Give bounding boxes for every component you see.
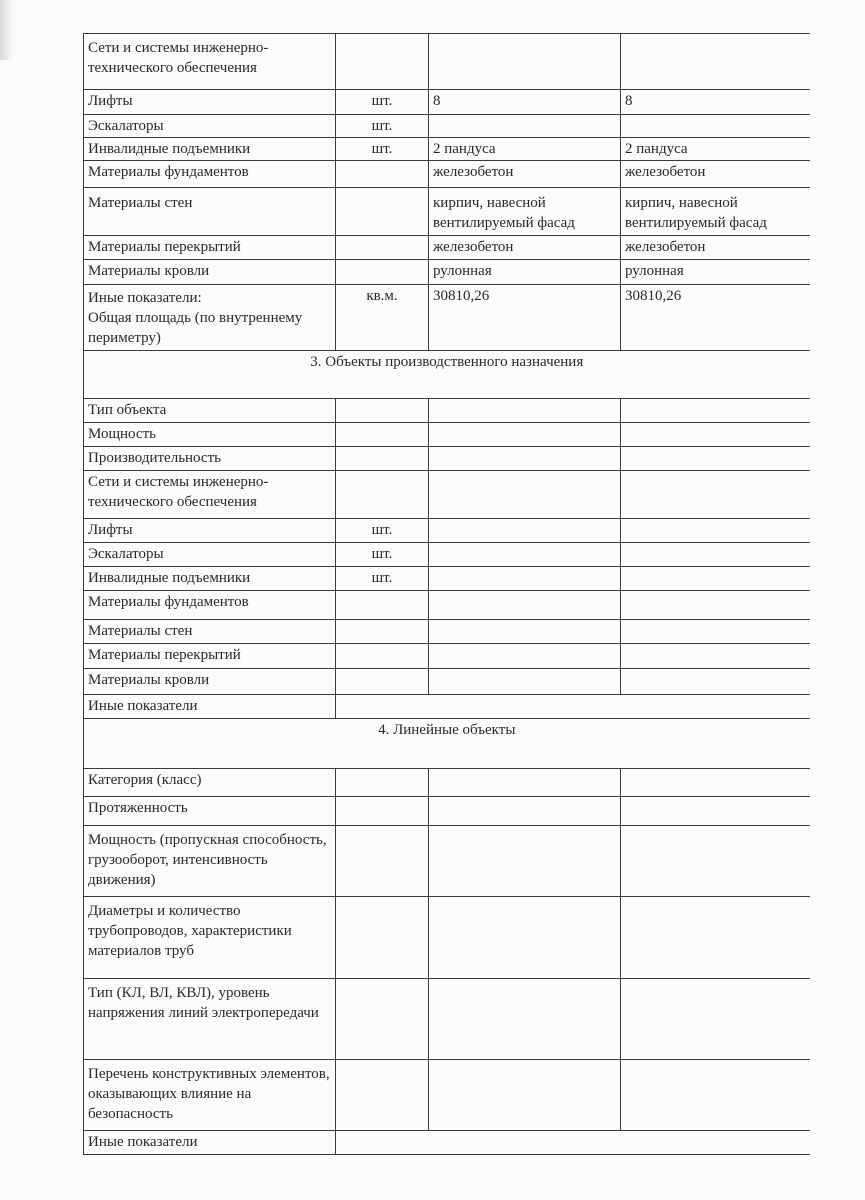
- row-unit: [336, 34, 429, 90]
- row-name: Мощность (пропускная способность, грузоо…: [84, 826, 336, 897]
- row-unit: [336, 769, 429, 797]
- characteristics-table: Сети и системы инженерно-технического об…: [83, 33, 810, 1155]
- row-name: Материалы кровли: [84, 669, 336, 695]
- row-fact: [621, 644, 810, 669]
- row-project: [429, 826, 621, 897]
- row-fact: [621, 620, 810, 644]
- row-project: [429, 1060, 621, 1131]
- table-row: Материалы перекрытий: [84, 644, 810, 669]
- row-fact: железобетон: [621, 161, 810, 188]
- table-row: Производительность: [84, 447, 810, 471]
- row-unit: [336, 471, 429, 519]
- row-name: Материалы перекрытий: [84, 236, 336, 260]
- row-unit: [336, 447, 429, 471]
- row-fact: [621, 567, 810, 591]
- row-unit: [336, 423, 429, 447]
- section-3-title: 3. Объекты производственного назначения: [84, 351, 810, 399]
- row-name: Сети и системы инженерно-технического об…: [84, 471, 336, 519]
- row-project: [429, 115, 621, 138]
- table-row: Лифты шт. 8 8: [84, 90, 810, 115]
- row-unit: [336, 1060, 429, 1131]
- section-header-row: 4. Линейные объекты: [84, 719, 810, 769]
- row-name: Материалы стен: [84, 620, 336, 644]
- row-project: [429, 34, 621, 90]
- table-row: Сети и системы инженерно-технического об…: [84, 471, 810, 519]
- row-fact: [621, 826, 810, 897]
- row-unit: шт.: [336, 543, 429, 567]
- row-unit: шт.: [336, 567, 429, 591]
- table-row: Иные показатели: [84, 1131, 810, 1155]
- table-row: Диаметры и количество трубопроводов, хар…: [84, 897, 810, 979]
- row-unit: [336, 188, 429, 236]
- table-row: Материалы кровли рулонная рулонная: [84, 260, 810, 285]
- table-row: Материалы стен: [84, 620, 810, 644]
- row-value: [336, 1131, 810, 1155]
- row-project: 2 пандуса: [429, 138, 621, 161]
- row-unit: [336, 399, 429, 423]
- table-row: Мощность: [84, 423, 810, 447]
- table-row: Лифты шт.: [84, 519, 810, 543]
- row-project: [429, 620, 621, 644]
- row-name: Эскалаторы: [84, 543, 336, 567]
- row-project: кирпич, навесной вентилируемый фасад: [429, 188, 621, 236]
- row-unit: шт.: [336, 115, 429, 138]
- scan-edge-shadow: [0, 0, 14, 60]
- row-project: [429, 423, 621, 447]
- row-project: [429, 979, 621, 1060]
- row-project: [429, 644, 621, 669]
- row-fact: [621, 979, 810, 1060]
- row-project: железобетон: [429, 161, 621, 188]
- row-project: [429, 399, 621, 423]
- row-unit: [336, 644, 429, 669]
- row-name: Категория (класс): [84, 769, 336, 797]
- row-name: Инвалидные подъемники: [84, 567, 336, 591]
- section-header-row: 3. Объекты производственного назначения: [84, 351, 810, 399]
- row-fact: [621, 591, 810, 620]
- row-unit: [336, 897, 429, 979]
- row-unit: шт.: [336, 519, 429, 543]
- row-fact: [621, 471, 810, 519]
- row-fact: [621, 543, 810, 567]
- table-row: Категория (класс): [84, 769, 810, 797]
- row-project: [429, 797, 621, 826]
- table-row: Инвалидные подъемники шт.: [84, 567, 810, 591]
- table-row: Перечень конструктивных элементов, оказы…: [84, 1060, 810, 1131]
- row-unit: [336, 979, 429, 1060]
- table-row: Протяженность: [84, 797, 810, 826]
- row-fact: [621, 1060, 810, 1131]
- row-fact: [621, 447, 810, 471]
- table-row: Мощность (пропускная способность, грузоо…: [84, 826, 810, 897]
- row-fact: [621, 399, 810, 423]
- row-name: Иные показатели: [84, 695, 336, 719]
- row-project: [429, 591, 621, 620]
- table-row: Материалы перекрытий железобетон железоб…: [84, 236, 810, 260]
- row-project: [429, 447, 621, 471]
- row-unit: кв.м.: [336, 285, 429, 351]
- row-name: Лифты: [84, 90, 336, 115]
- row-fact: [621, 769, 810, 797]
- row-name: Тип (КЛ, ВЛ, КВЛ), уровень напряжения ли…: [84, 979, 336, 1060]
- table-row: Материалы кровли: [84, 669, 810, 695]
- row-unit: [336, 826, 429, 897]
- row-project: [429, 669, 621, 695]
- row-name: Материалы кровли: [84, 260, 336, 285]
- section-4-title: 4. Линейные объекты: [84, 719, 810, 769]
- other-indicators-label: Иные показатели:: [88, 288, 331, 308]
- row-project: железобетон: [429, 236, 621, 260]
- row-name: Протяженность: [84, 797, 336, 826]
- table-row: Тип (КЛ, ВЛ, КВЛ), уровень напряжения ли…: [84, 979, 810, 1060]
- row-unit: [336, 591, 429, 620]
- row-name: Материалы стен: [84, 188, 336, 236]
- row-project: [429, 769, 621, 797]
- row-project: [429, 897, 621, 979]
- row-name: Эскалаторы: [84, 115, 336, 138]
- row-fact: кирпич, навесной вентилируемый фасад: [621, 188, 810, 236]
- row-project: [429, 543, 621, 567]
- row-unit: [336, 620, 429, 644]
- row-name: Производительность: [84, 447, 336, 471]
- row-unit: [336, 260, 429, 285]
- row-name: Материалы фундаментов: [84, 161, 336, 188]
- row-project: [429, 471, 621, 519]
- row-project: [429, 519, 621, 543]
- row-fact: железобетон: [621, 236, 810, 260]
- row-name: Диаметры и количество трубопроводов, хар…: [84, 897, 336, 979]
- row-fact: [621, 423, 810, 447]
- row-fact: [621, 115, 810, 138]
- row-unit: [336, 236, 429, 260]
- table-row: Материалы стен кирпич, навесной вентилир…: [84, 188, 810, 236]
- row-fact: 8: [621, 90, 810, 115]
- row-project: 8: [429, 90, 621, 115]
- row-unit: [336, 669, 429, 695]
- row-fact: 2 пандуса: [621, 138, 810, 161]
- row-name: Тип объекта: [84, 399, 336, 423]
- row-fact: [621, 797, 810, 826]
- row-fact: [621, 34, 810, 90]
- table-row: Сети и системы инженерно-технического об…: [84, 34, 810, 90]
- row-unit: шт.: [336, 90, 429, 115]
- row-name: Инвалидные подъемники: [84, 138, 336, 161]
- row-value: [336, 695, 810, 719]
- row-name: Сети и системы инженерно-технического об…: [84, 34, 336, 90]
- row-name: Мощность: [84, 423, 336, 447]
- row-project: [429, 567, 621, 591]
- table-row: Тип объекта: [84, 399, 810, 423]
- row-name: Иные показатели: Общая площадь (по внутр…: [84, 285, 336, 351]
- row-fact: [621, 897, 810, 979]
- total-area-label: Общая площадь (по внутреннему периметру): [88, 308, 331, 348]
- row-name: Лифты: [84, 519, 336, 543]
- row-unit: [336, 797, 429, 826]
- row-fact: [621, 669, 810, 695]
- row-name: Иные показатели: [84, 1131, 336, 1155]
- row-fact: 30810,26: [621, 285, 810, 351]
- row-name: Перечень конструктивных элементов, оказы…: [84, 1060, 336, 1131]
- table-row: Эскалаторы шт.: [84, 543, 810, 567]
- table-row: Иные показатели: [84, 695, 810, 719]
- table-row: Материалы фундаментов: [84, 591, 810, 620]
- row-project: рулонная: [429, 260, 621, 285]
- table-row-other-indicators: Иные показатели: Общая площадь (по внутр…: [84, 285, 810, 351]
- row-fact: рулонная: [621, 260, 810, 285]
- row-name: Материалы фундаментов: [84, 591, 336, 620]
- table-row: Материалы фундаментов железобетон железо…: [84, 161, 810, 188]
- row-project: 30810,26: [429, 285, 621, 351]
- row-name: Материалы перекрытий: [84, 644, 336, 669]
- row-unit: [336, 161, 429, 188]
- table-row: Инвалидные подъемники шт. 2 пандуса 2 па…: [84, 138, 810, 161]
- table-row: Эскалаторы шт.: [84, 115, 810, 138]
- row-unit: шт.: [336, 138, 429, 161]
- row-fact: [621, 519, 810, 543]
